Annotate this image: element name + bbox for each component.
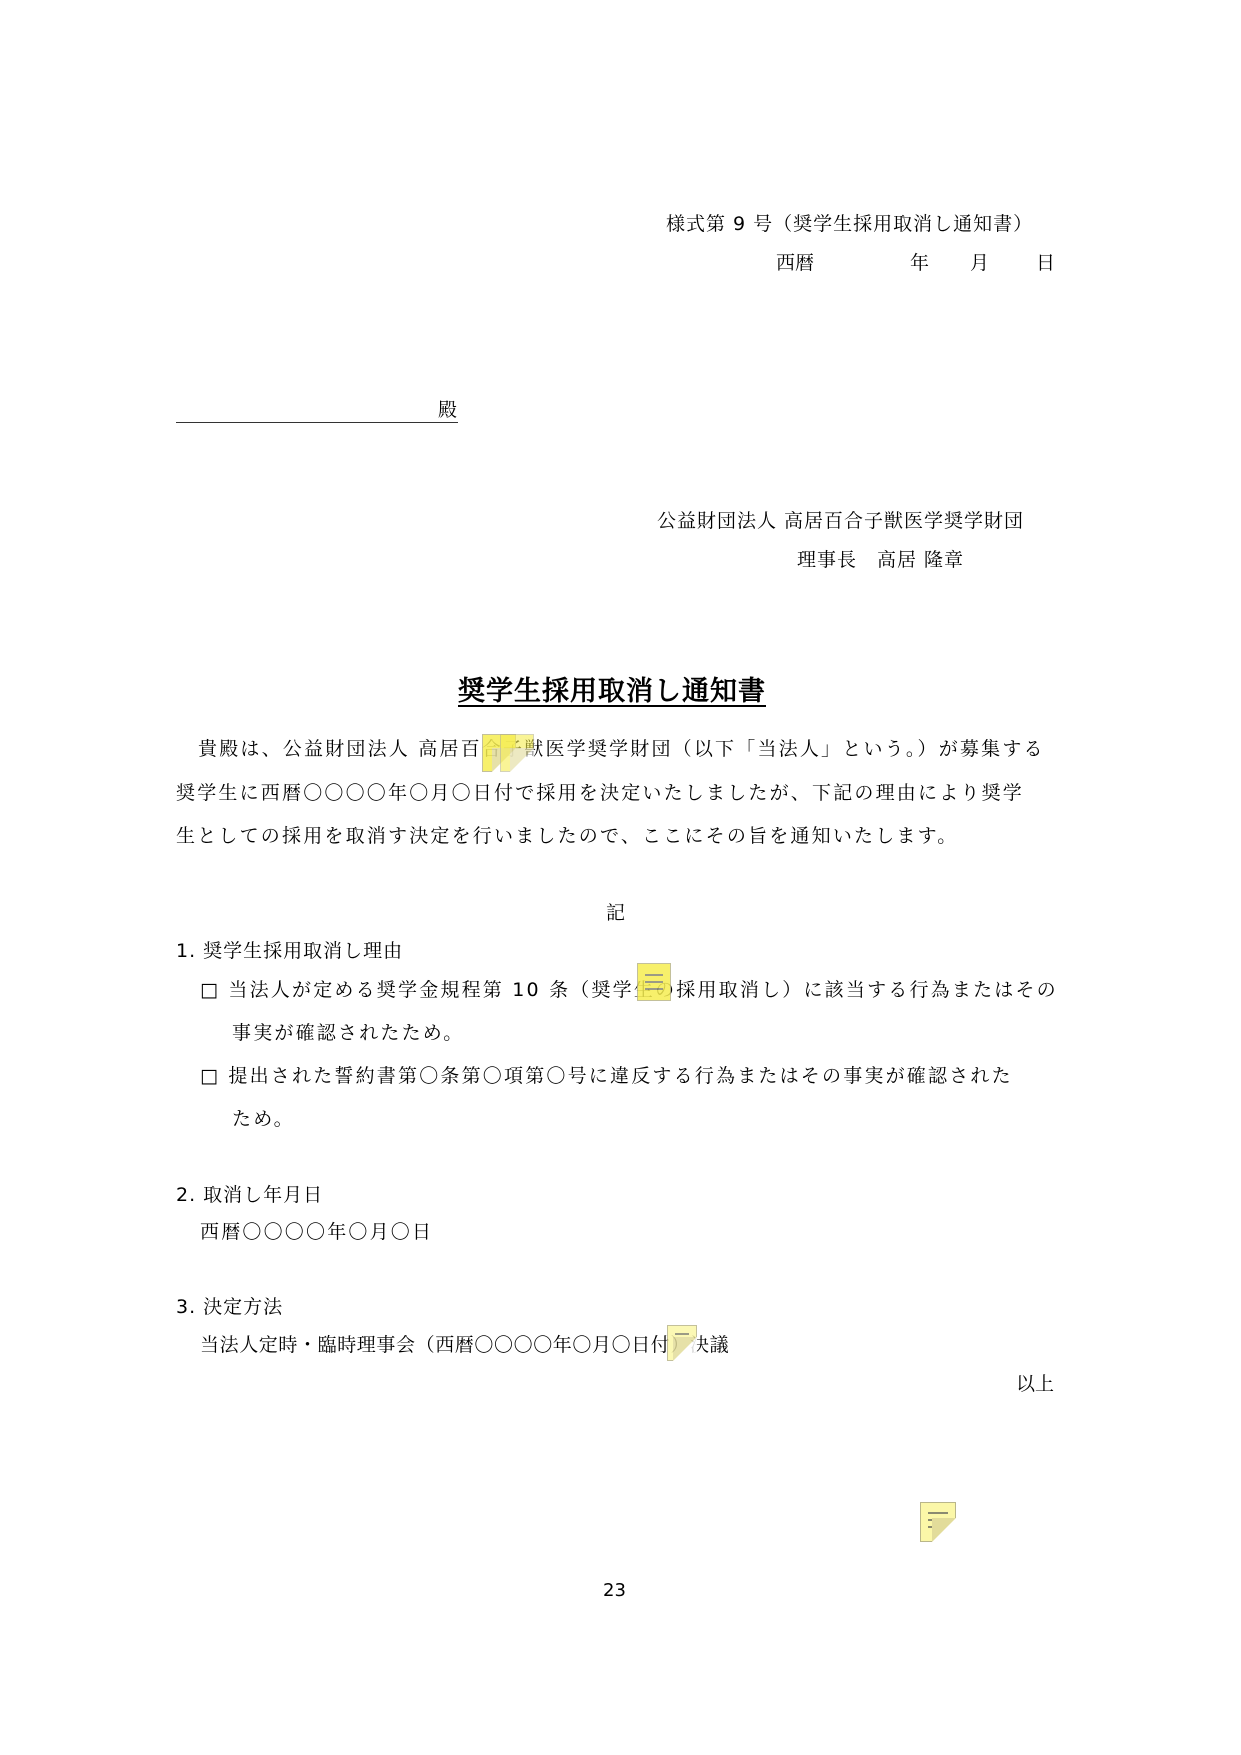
cancellation-date-value: 西暦〇〇〇〇年〇月〇日 xyxy=(200,1223,433,1242)
date-day-label: 日 xyxy=(1036,254,1055,273)
section-1-heading: 1. 奨学生採用取消し理由 xyxy=(176,942,403,961)
checkbox-reason-1[interactable]: □ xyxy=(200,979,220,1001)
sticky-note-icon[interactable] xyxy=(667,1325,697,1361)
document-title: 奨学生採用取消し通知書 xyxy=(458,678,766,705)
sender-organization: 公益財団法人 高居百合子獣医学奨学財団 xyxy=(657,512,1024,531)
reason-2-text: 提出された誓約書第〇条第〇項第〇号に違反する行為またはその事実が確認された xyxy=(228,1065,1012,1087)
page-number: 23 xyxy=(603,1582,626,1600)
sticky-note-icon[interactable] xyxy=(920,1502,956,1542)
section-3-heading: 3. 決定方法 xyxy=(176,1298,283,1317)
body-line-1: 貴殿は、公益財団法人 高居百合子獣医学奨学財団（以下「当法人」という。）が募集す… xyxy=(198,740,1078,759)
checkbox-reason-2[interactable]: □ xyxy=(200,1065,220,1087)
reason-1-continuation: 事実が確認されたため。 xyxy=(232,1024,464,1043)
date-era-label: 西暦 xyxy=(776,254,814,273)
reason-option-2: □ 提出された誓約書第〇条第〇項第〇号に違反する行為またはその事実が確認された xyxy=(200,1067,1013,1086)
date-month-label: 月 xyxy=(970,254,989,273)
closing-mark: 以上 xyxy=(1016,1375,1054,1394)
form-number: 様式第 9 号（奨学生採用取消し通知書） xyxy=(666,215,1033,234)
body-line-3: 生としての採用を取消す決定を行いましたので、ここにその旨を通知いたします。 xyxy=(176,827,1056,846)
sticky-note-icon[interactable] xyxy=(637,963,671,1001)
ki-heading: 記 xyxy=(606,904,625,923)
date-year-label: 年 xyxy=(910,254,929,273)
sender-representative: 理事長 高居 隆章 xyxy=(797,551,964,570)
note-fold-icon xyxy=(510,748,534,772)
addressee-honorific: 殿 xyxy=(438,401,457,420)
body-line-2: 奨学生に西暦〇〇〇〇年〇月〇日付で採用を決定いたしましたが、下記の理由により奨学 xyxy=(176,784,1056,803)
addressee-name-blank xyxy=(176,422,458,423)
note-fold-icon xyxy=(673,1337,697,1361)
sticky-note-icon[interactable] xyxy=(500,734,534,772)
decision-method-value: 当法人定時・臨時理事会（西暦〇〇〇〇年〇月〇日付）決議 xyxy=(200,1336,729,1355)
section-2-heading: 2. 取消し年月日 xyxy=(176,1186,323,1205)
reason-option-1: □ 当法人が定める奨学金規程第 10 条（奨学生の採用取消し）に該当する行為また… xyxy=(200,981,1058,1000)
note-fold-icon xyxy=(932,1518,956,1542)
reason-2-continuation: ため。 xyxy=(232,1110,295,1129)
